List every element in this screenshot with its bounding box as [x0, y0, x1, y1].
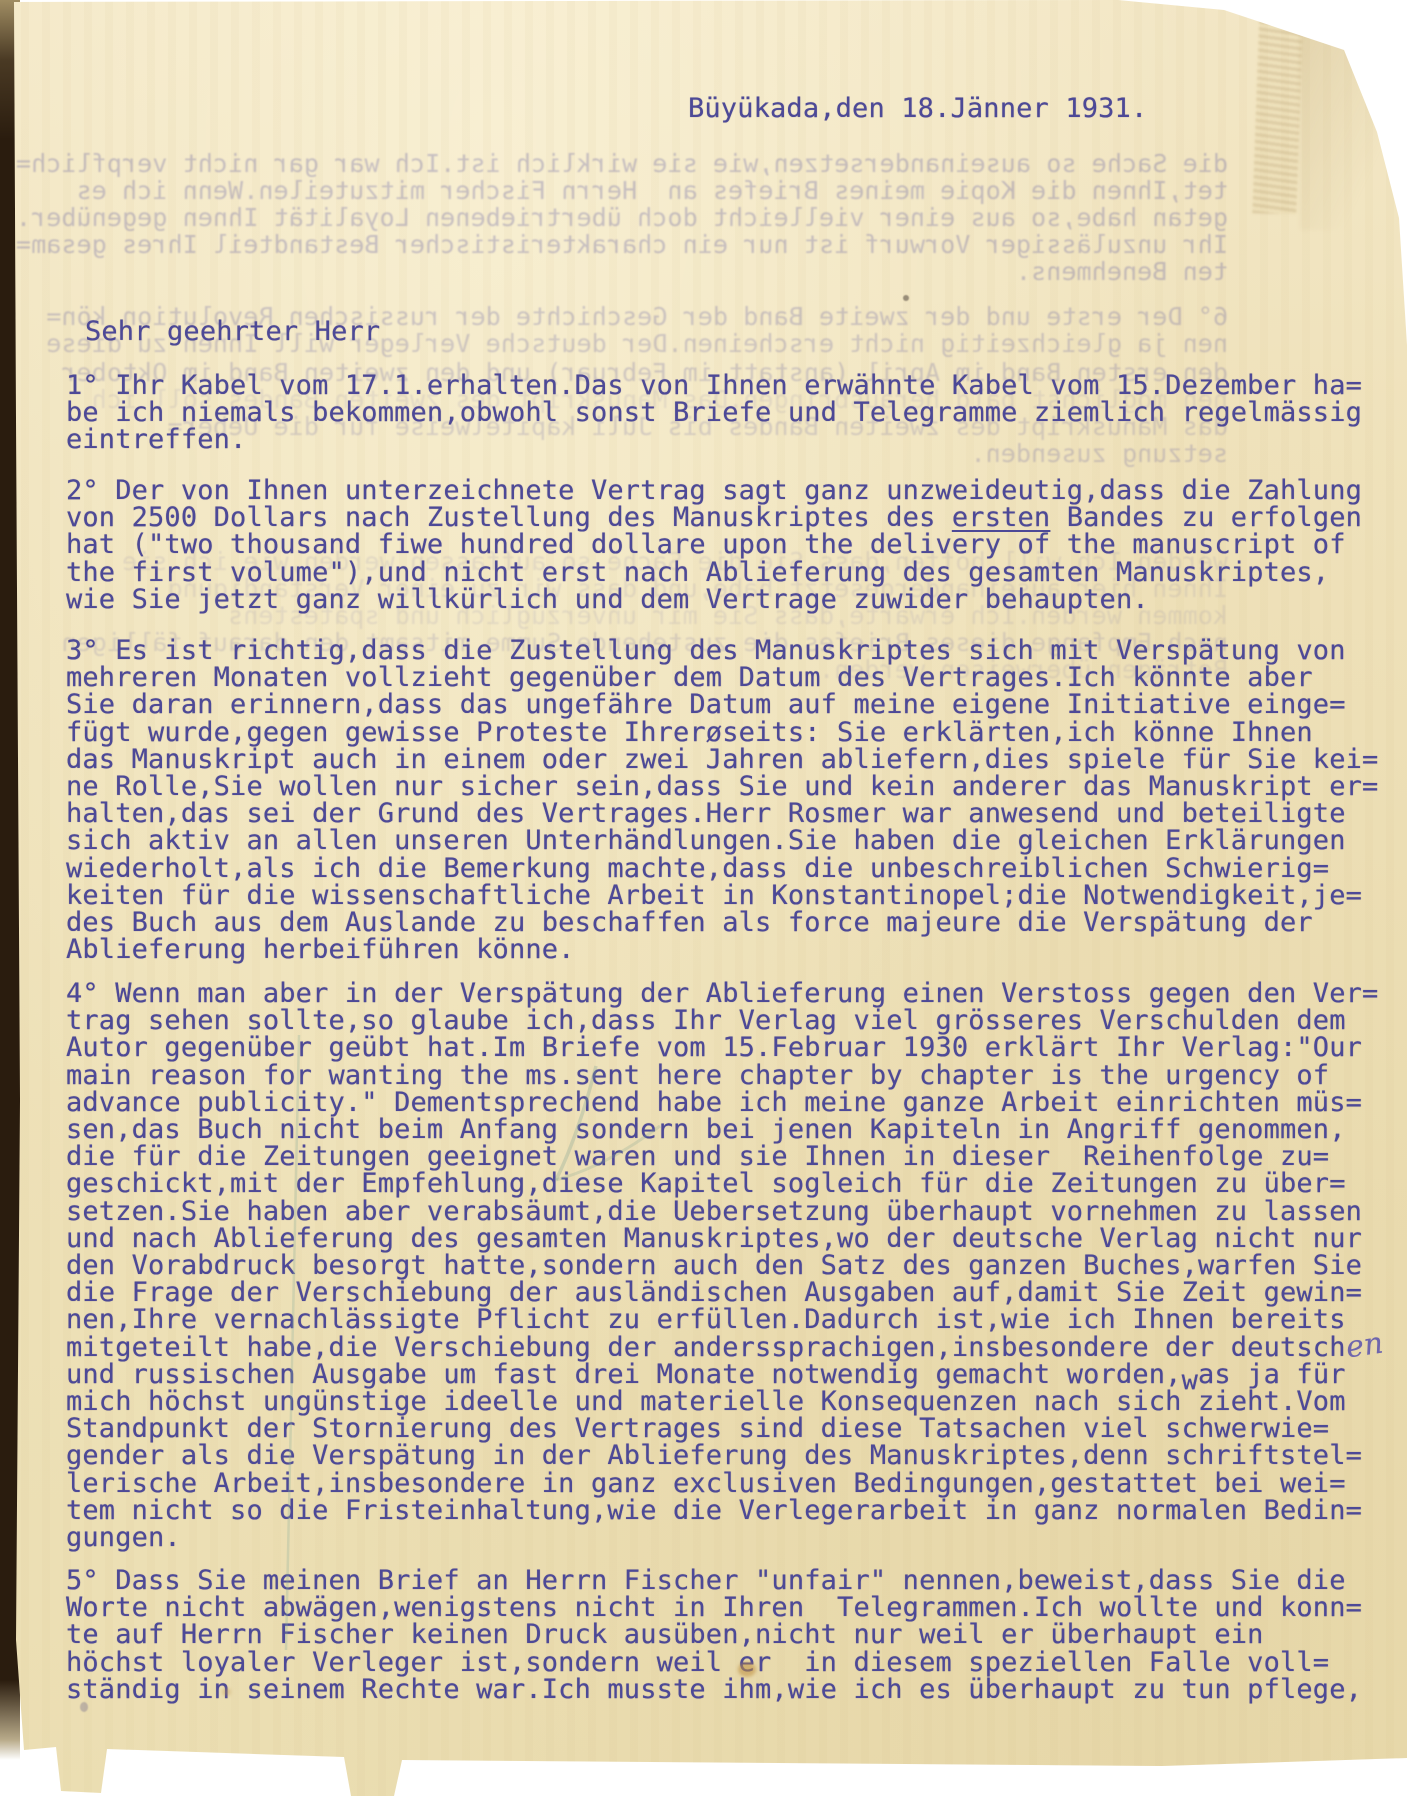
letter-line: lerische Arbeit,insbesondere in ganz exc…: [66, 1470, 1378, 1497]
letter-paragraph: 3° Es ist richtig,dass die Zustellung de…: [66, 637, 1378, 963]
ink-spot: [903, 295, 909, 301]
ink-spot: [80, 1702, 88, 1712]
letter-line: advance publicity." Dementsprechend habe…: [66, 1089, 1378, 1116]
letter-line: eintreffen.: [66, 426, 1362, 453]
letter-line: sen,das Buch nicht beim Anfang sondern b…: [66, 1116, 1378, 1143]
letter-line: die Frage der Verschiebung der ausländis…: [66, 1279, 1378, 1306]
letter-paragraph: 1° Ihr Kabel vom 17.1.erhalten.Das von I…: [66, 372, 1362, 454]
letter-paragraph: 2° Der von Ihnen unterzeichnete Vertrag …: [66, 477, 1362, 613]
letter-line: mehreren Monaten vollzieht gegenüber dem…: [66, 664, 1378, 691]
letter-line: 5° Dass Sie meinen Brief an Herrn Fische…: [66, 1567, 1362, 1594]
letter-line: mitgeteilt habe,die Verschiebung der and…: [66, 1334, 1378, 1361]
letter-line: sich aktiv an allen unseren Unterhändlun…: [66, 827, 1378, 854]
letter-line: tem nicht so die Fristeinhaltung,wie die…: [66, 1497, 1378, 1524]
letter-line: ne Rolle,Sie wollen nur sicher sein,dass…: [66, 773, 1378, 800]
letter-line: des Buch aus dem Auslande zu beschaffen …: [66, 909, 1378, 936]
letter-line: die für die Zeitungen geeignet waren und…: [66, 1143, 1378, 1170]
letter-line: und nach Ablieferung des gesamten Manusk…: [66, 1225, 1378, 1252]
letter-line: Autor gegenüber geübt hat.Im Briefe vom …: [66, 1034, 1378, 1061]
letter-line: 4° Wenn man aber in der Verspätung der A…: [66, 980, 1378, 1007]
letter-line: 2° Der von Ihnen unterzeichnete Vertrag …: [66, 477, 1362, 504]
letter-line: halten,das sei der Grund des Vertrages.H…: [66, 800, 1378, 827]
letter-line: fügt wurde,gegen gewisse Proteste Ihrerø…: [66, 719, 1378, 746]
date-line: Büyükada,den 18.Jänner 1931.: [688, 95, 1147, 122]
letter-line: the first volume"),und nicht erst nach A…: [66, 559, 1362, 586]
letter-line: keiten für die wissenschaftliche Arbeit …: [66, 882, 1378, 909]
stain: [738, 1662, 756, 1677]
letter-line: geschickt,mit der Empfehlung,diese Kapit…: [66, 1170, 1378, 1197]
letter-line: main reason for wanting the ms.sent here…: [66, 1062, 1378, 1089]
stain: [222, 1688, 231, 1696]
letter-line: von 2500 Dollars nach Zustellung des Man…: [66, 504, 1362, 531]
letter-line: nen,Ihre vernachlässigte Pflicht zu erfü…: [66, 1306, 1378, 1333]
letter-line: te auf Herrn Fischer keinen Druck ausübe…: [66, 1621, 1362, 1648]
letter-line: Worte nicht abwägen,wenigstens nicht in …: [66, 1594, 1362, 1621]
letter-line: gender als die Verspätung in der Abliefe…: [66, 1442, 1378, 1469]
letter-line: wiederholt,als ich die Bemerkung machte,…: [66, 855, 1378, 882]
letter-line: 1° Ihr Kabel vom 17.1.erhalten.Das von I…: [66, 372, 1362, 399]
handwritten-correction: en: [1344, 1326, 1386, 1366]
letter-line: wie Sie jetzt ganz willkürlich und dem V…: [66, 586, 1362, 613]
letter-line: setzen.Sie haben aber verabsäumt,die Ueb…: [66, 1198, 1378, 1225]
letter-page: die Sache so auseinandersetzen,wie sie w…: [0, 0, 1407, 1800]
letter-line: Sie daran erinnern,dass das ungefähre Da…: [66, 691, 1378, 718]
letter-paragraph: 4° Wenn man aber in der Verspätung der A…: [66, 980, 1378, 1551]
letter-line: Standpunkt der Stornierung des Vertrages…: [66, 1415, 1378, 1442]
torn-corner-shade: [1300, 0, 1407, 230]
letter-line: be ich niemals bekommen,obwohl sonst Bri…: [66, 399, 1362, 426]
letter-line: den Vorabdruck besorgt hatte,sondern auc…: [66, 1252, 1378, 1279]
letter-line: und russischen Ausgabe um fast drei Mona…: [66, 1361, 1378, 1388]
letter-line: das Manuskript auch in einem oder zwei J…: [66, 746, 1378, 773]
letter-line: ständig in seinem Rechte war.Ich musste …: [66, 1676, 1362, 1703]
letter-line: 3° Es ist richtig,dass die Zustellung de…: [66, 637, 1378, 664]
letter-line: hat ("two thousand fiwe hundred dollare …: [66, 531, 1362, 558]
letter-line: höchst loyaler Verleger ist,sondern weil…: [66, 1649, 1362, 1676]
scanned-letter-screenshot: { "letter": { "paper_color": "#efe2ba", …: [0, 0, 1407, 1800]
letter-paragraph: 5° Dass Sie meinen Brief an Herrn Fische…: [66, 1567, 1362, 1703]
letter-line: gungen.: [66, 1524, 1378, 1551]
salutation: Sehr geehrter Herr: [85, 318, 380, 345]
fold-crease-strip: [1252, 1, 1303, 214]
letter-line: trag sehen sollte,so glaube ich,dass Ihr…: [66, 1007, 1378, 1034]
letter-line: Ablieferung herbeiführen könne.: [66, 936, 1378, 963]
